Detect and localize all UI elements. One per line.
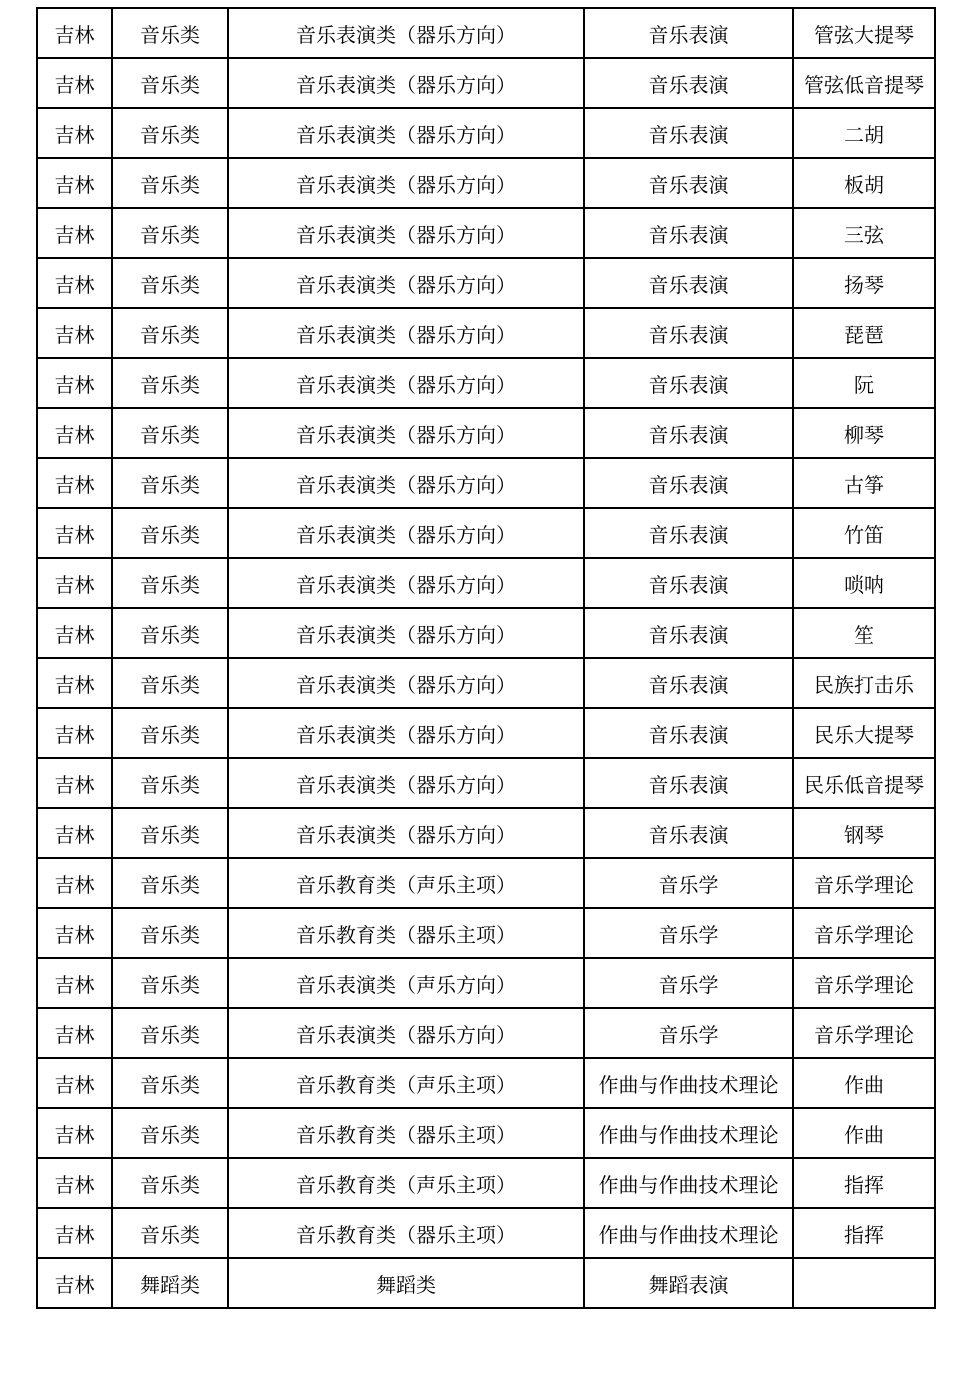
- direction-cell: 作曲: [793, 1058, 935, 1108]
- subcategory-cell: 音乐表演类（器乐方向）: [228, 608, 584, 658]
- direction-cell: 扬琴: [793, 258, 935, 308]
- subcategory-cell: 音乐表演类（器乐方向）: [228, 758, 584, 808]
- province-cell: 吉林: [37, 458, 112, 508]
- category-cell: 音乐类: [112, 658, 228, 708]
- province-cell: 吉林: [37, 708, 112, 758]
- table-row: 吉林音乐类音乐表演类（器乐方向）音乐表演管弦低音提琴: [37, 58, 935, 108]
- direction-cell: 阮: [793, 358, 935, 408]
- table-row: 吉林音乐类音乐教育类（器乐主项）作曲与作曲技术理论指挥: [37, 1208, 935, 1258]
- subcategory-cell: 音乐表演类（器乐方向）: [228, 508, 584, 558]
- direction-cell: 钢琴: [793, 808, 935, 858]
- direction-cell: 音乐学理论: [793, 1008, 935, 1058]
- province-cell: 吉林: [37, 858, 112, 908]
- table-row: 吉林音乐类音乐表演类（器乐方向）音乐表演竹笛: [37, 508, 935, 558]
- major-cell: 音乐表演: [584, 508, 793, 558]
- province-cell: 吉林: [37, 808, 112, 858]
- category-cell: 音乐类: [112, 458, 228, 508]
- direction-cell: 指挥: [793, 1158, 935, 1208]
- direction-cell: 民乐大提琴: [793, 708, 935, 758]
- major-cell: 音乐表演: [584, 758, 793, 808]
- subcategory-cell: 音乐教育类（器乐主项）: [228, 1108, 584, 1158]
- subcategory-cell: 音乐教育类（声乐主项）: [228, 1058, 584, 1108]
- category-cell: 音乐类: [112, 608, 228, 658]
- subcategory-cell: 音乐表演类（器乐方向）: [228, 808, 584, 858]
- table-row: 吉林音乐类音乐表演类（声乐方向）音乐学音乐学理论: [37, 958, 935, 1008]
- category-cell: 音乐类: [112, 158, 228, 208]
- major-cell: 音乐学: [584, 858, 793, 908]
- major-cell: 音乐学: [584, 958, 793, 1008]
- direction-cell: 二胡: [793, 108, 935, 158]
- category-cell: 音乐类: [112, 1058, 228, 1108]
- province-cell: 吉林: [37, 658, 112, 708]
- category-cell: 音乐类: [112, 1108, 228, 1158]
- direction-cell: 音乐学理论: [793, 858, 935, 908]
- table-row: 吉林音乐类音乐教育类（声乐主项）作曲与作曲技术理论指挥: [37, 1158, 935, 1208]
- direction-cell: 柳琴: [793, 408, 935, 458]
- category-cell: 音乐类: [112, 858, 228, 908]
- major-cell: 音乐表演: [584, 558, 793, 608]
- direction-cell: 唢呐: [793, 558, 935, 608]
- major-cell: 音乐表演: [584, 408, 793, 458]
- province-cell: 吉林: [37, 1258, 112, 1308]
- province-cell: 吉林: [37, 1158, 112, 1208]
- table-row: 吉林音乐类音乐教育类（声乐主项）作曲与作曲技术理论作曲: [37, 1058, 935, 1108]
- major-cell: 作曲与作曲技术理论: [584, 1108, 793, 1158]
- subcategory-cell: 音乐教育类（器乐主项）: [228, 1208, 584, 1258]
- table-body: 吉林音乐类音乐表演类（器乐方向）音乐表演管弦大提琴吉林音乐类音乐表演类（器乐方向…: [37, 8, 935, 1308]
- subcategory-cell: 音乐教育类（器乐主项）: [228, 908, 584, 958]
- category-cell: 音乐类: [112, 808, 228, 858]
- table-row: 吉林音乐类音乐表演类（器乐方向）音乐表演唢呐: [37, 558, 935, 608]
- major-cell: 音乐表演: [584, 658, 793, 708]
- table-row: 吉林音乐类音乐表演类（器乐方向）音乐表演板胡: [37, 158, 935, 208]
- subcategory-cell: 音乐表演类（器乐方向）: [228, 658, 584, 708]
- category-cell: 音乐类: [112, 108, 228, 158]
- direction-cell: 音乐学理论: [793, 908, 935, 958]
- major-cell: 音乐学: [584, 1008, 793, 1058]
- province-cell: 吉林: [37, 308, 112, 358]
- direction-cell: 民乐低音提琴: [793, 758, 935, 808]
- category-cell: 音乐类: [112, 58, 228, 108]
- subcategory-cell: 舞蹈类: [228, 1258, 584, 1308]
- major-cell: 音乐表演: [584, 8, 793, 58]
- category-cell: 音乐类: [112, 408, 228, 458]
- subcategory-cell: 音乐表演类（器乐方向）: [228, 358, 584, 408]
- table-row: 吉林音乐类音乐教育类（器乐主项）作曲与作曲技术理论作曲: [37, 1108, 935, 1158]
- province-cell: 吉林: [37, 1008, 112, 1058]
- subcategory-cell: 音乐表演类（器乐方向）: [228, 158, 584, 208]
- direction-cell: 琵琶: [793, 308, 935, 358]
- table-row: 吉林音乐类音乐表演类（器乐方向）音乐表演民族打击乐: [37, 658, 935, 708]
- category-cell: 音乐类: [112, 758, 228, 808]
- subcategory-cell: 音乐教育类（声乐主项）: [228, 858, 584, 908]
- category-cell: 音乐类: [112, 308, 228, 358]
- province-cell: 吉林: [37, 608, 112, 658]
- major-cell: 音乐学: [584, 908, 793, 958]
- major-cell: 作曲与作曲技术理论: [584, 1158, 793, 1208]
- direction-cell: 三弦: [793, 208, 935, 258]
- subcategory-cell: 音乐表演类（器乐方向）: [228, 308, 584, 358]
- direction-cell: 指挥: [793, 1208, 935, 1258]
- province-cell: 吉林: [37, 908, 112, 958]
- category-cell: 音乐类: [112, 908, 228, 958]
- subcategory-cell: 音乐表演类（器乐方向）: [228, 208, 584, 258]
- category-cell: 音乐类: [112, 1208, 228, 1258]
- province-cell: 吉林: [37, 358, 112, 408]
- direction-cell: 管弦大提琴: [793, 8, 935, 58]
- major-cell: 作曲与作曲技术理论: [584, 1058, 793, 1108]
- direction-cell: 板胡: [793, 158, 935, 208]
- table-row: 吉林音乐类音乐表演类（器乐方向）音乐表演阮: [37, 358, 935, 408]
- table-row: 吉林音乐类音乐表演类（器乐方向）音乐表演民乐大提琴: [37, 708, 935, 758]
- subcategory-cell: 音乐表演类（器乐方向）: [228, 1008, 584, 1058]
- table-row: 吉林音乐类音乐表演类（器乐方向）音乐表演扬琴: [37, 258, 935, 308]
- province-cell: 吉林: [37, 558, 112, 608]
- province-cell: 吉林: [37, 58, 112, 108]
- category-cell: 音乐类: [112, 258, 228, 308]
- province-cell: 吉林: [37, 758, 112, 808]
- major-cell: 音乐表演: [584, 608, 793, 658]
- category-cell: 音乐类: [112, 508, 228, 558]
- table-row: 吉林舞蹈类舞蹈类舞蹈表演: [37, 1258, 935, 1308]
- subcategory-cell: 音乐表演类（器乐方向）: [228, 58, 584, 108]
- direction-cell: 音乐学理论: [793, 958, 935, 1008]
- major-cell: 音乐表演: [584, 58, 793, 108]
- category-cell: 音乐类: [112, 558, 228, 608]
- category-cell: 音乐类: [112, 708, 228, 758]
- subcategory-cell: 音乐表演类（器乐方向）: [228, 558, 584, 608]
- major-cell: 音乐表演: [584, 108, 793, 158]
- major-cell: 舞蹈表演: [584, 1258, 793, 1308]
- table-row: 吉林音乐类音乐表演类（器乐方向）音乐表演古筝: [37, 458, 935, 508]
- category-cell: 音乐类: [112, 958, 228, 1008]
- table-row: 吉林音乐类音乐表演类（器乐方向）音乐表演柳琴: [37, 408, 935, 458]
- province-cell: 吉林: [37, 1208, 112, 1258]
- table-row: 吉林音乐类音乐表演类（器乐方向）音乐表演管弦大提琴: [37, 8, 935, 58]
- table-row: 吉林音乐类音乐教育类（声乐主项）音乐学音乐学理论: [37, 858, 935, 908]
- subcategory-cell: 音乐表演类（器乐方向）: [228, 108, 584, 158]
- major-cell: 音乐表演: [584, 158, 793, 208]
- major-cell: 音乐表演: [584, 708, 793, 758]
- major-cell: 音乐表演: [584, 208, 793, 258]
- table-row: 吉林音乐类音乐表演类（器乐方向）音乐表演钢琴: [37, 808, 935, 858]
- category-cell: 音乐类: [112, 208, 228, 258]
- table-row: 吉林音乐类音乐表演类（器乐方向）音乐学音乐学理论: [37, 1008, 935, 1058]
- category-cell: 音乐类: [112, 358, 228, 408]
- category-cell: 音乐类: [112, 1008, 228, 1058]
- subcategory-cell: 音乐表演类（器乐方向）: [228, 458, 584, 508]
- province-cell: 吉林: [37, 408, 112, 458]
- direction-cell: 古筝: [793, 458, 935, 508]
- category-cell: 音乐类: [112, 8, 228, 58]
- province-cell: 吉林: [37, 1108, 112, 1158]
- direction-cell: 民族打击乐: [793, 658, 935, 708]
- subcategory-cell: 音乐教育类（声乐主项）: [228, 1158, 584, 1208]
- major-cell: 音乐表演: [584, 258, 793, 308]
- table-row: 吉林音乐类音乐表演类（器乐方向）音乐表演民乐低音提琴: [37, 758, 935, 808]
- table-row: 吉林音乐类音乐表演类（器乐方向）音乐表演三弦: [37, 208, 935, 258]
- direction-cell: 管弦低音提琴: [793, 58, 935, 108]
- province-cell: 吉林: [37, 508, 112, 558]
- category-cell: 音乐类: [112, 1158, 228, 1208]
- table-row: 吉林音乐类音乐教育类（器乐主项）音乐学音乐学理论: [37, 908, 935, 958]
- data-table: 吉林音乐类音乐表演类（器乐方向）音乐表演管弦大提琴吉林音乐类音乐表演类（器乐方向…: [36, 7, 936, 1309]
- major-cell: 音乐表演: [584, 358, 793, 408]
- subcategory-cell: 音乐表演类（器乐方向）: [228, 8, 584, 58]
- major-cell: 音乐表演: [584, 458, 793, 508]
- direction-cell: 笙: [793, 608, 935, 658]
- province-cell: 吉林: [37, 958, 112, 1008]
- subcategory-cell: 音乐表演类（声乐方向）: [228, 958, 584, 1008]
- province-cell: 吉林: [37, 8, 112, 58]
- direction-cell: [793, 1258, 935, 1308]
- direction-cell: 竹笛: [793, 508, 935, 558]
- table-row: 吉林音乐类音乐表演类（器乐方向）音乐表演琵琶: [37, 308, 935, 358]
- province-cell: 吉林: [37, 1058, 112, 1108]
- major-cell: 作曲与作曲技术理论: [584, 1208, 793, 1258]
- province-cell: 吉林: [37, 158, 112, 208]
- table-row: 吉林音乐类音乐表演类（器乐方向）音乐表演笙: [37, 608, 935, 658]
- province-cell: 吉林: [37, 208, 112, 258]
- province-cell: 吉林: [37, 258, 112, 308]
- major-cell: 音乐表演: [584, 808, 793, 858]
- subcategory-cell: 音乐表演类（器乐方向）: [228, 258, 584, 308]
- subcategory-cell: 音乐表演类（器乐方向）: [228, 708, 584, 758]
- direction-cell: 作曲: [793, 1108, 935, 1158]
- major-cell: 音乐表演: [584, 308, 793, 358]
- category-cell: 舞蹈类: [112, 1258, 228, 1308]
- subcategory-cell: 音乐表演类（器乐方向）: [228, 408, 584, 458]
- table-row: 吉林音乐类音乐表演类（器乐方向）音乐表演二胡: [37, 108, 935, 158]
- province-cell: 吉林: [37, 108, 112, 158]
